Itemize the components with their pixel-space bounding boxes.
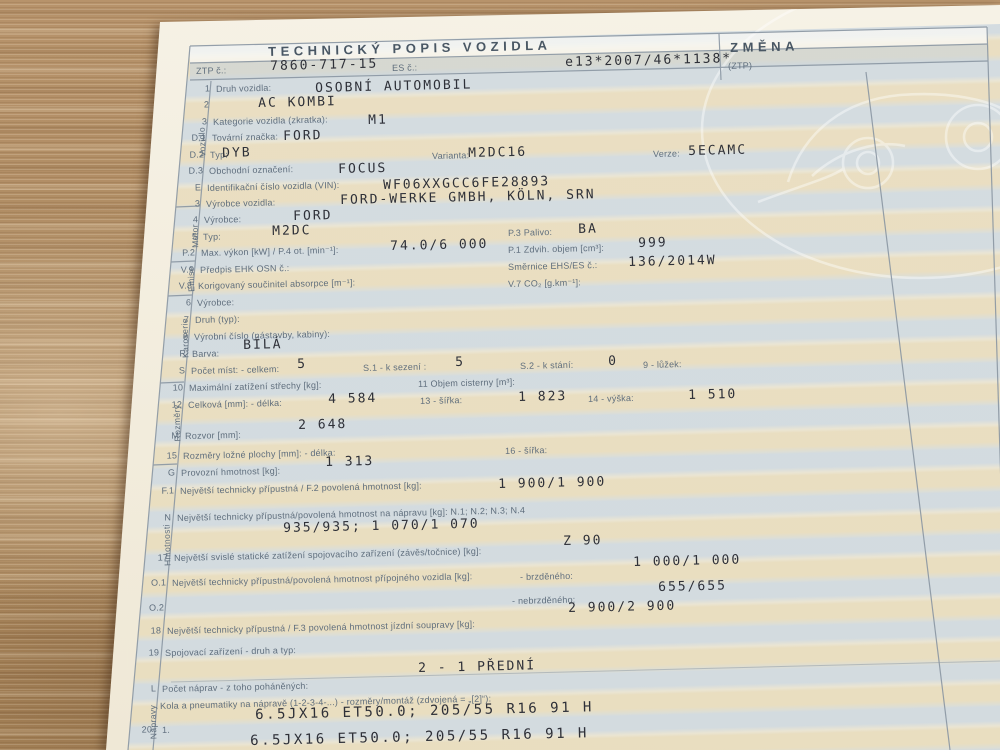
row-code: V.8 xyxy=(166,280,192,291)
typed-value-directive: 136/2014W xyxy=(628,253,717,270)
typed-value-body: AC KOMBI xyxy=(258,94,337,111)
typed-value-engine-type: M2DC xyxy=(272,223,312,239)
row-label: Verze: xyxy=(653,148,680,159)
row-label: 9 - lůžek: xyxy=(643,359,682,370)
row-label: Rozvor [mm]: xyxy=(185,430,241,441)
row-code: N xyxy=(145,512,171,523)
ztp-number-label: ZTP č.: xyxy=(196,65,226,76)
row-code: 7 xyxy=(163,314,189,325)
typed-value-variant: M2DC16 xyxy=(468,145,527,161)
row-label: P.3 Palivo: xyxy=(508,227,552,238)
typed-value-trade-name: FOCUS xyxy=(338,161,387,177)
row-code: 1 xyxy=(184,83,210,94)
row-code: 18 xyxy=(135,625,161,636)
ztp-paren-label: (ZTP) xyxy=(728,60,752,71)
row-code: P.2 xyxy=(169,247,195,258)
row-label: 16 - šířka: xyxy=(505,445,547,456)
row-code: 3 xyxy=(181,116,207,127)
typed-value-color: BÍLÁ xyxy=(243,337,283,353)
typed-value-max-weight: 1 900/1 900 xyxy=(498,475,606,492)
row-code: O.2 xyxy=(138,602,164,613)
typed-value-seats-standing: 0 xyxy=(608,354,618,369)
row-label: Výrobce vozidla: xyxy=(206,197,275,209)
row-code: 20 xyxy=(126,724,152,735)
row-code: D.2 xyxy=(178,149,204,160)
row-code: G xyxy=(149,467,175,478)
row-code: 5 xyxy=(171,231,197,242)
row-label: S.1 - k sezení : xyxy=(363,362,426,373)
typed-value-wheelbase: 2 648 xyxy=(298,417,347,433)
typed-value-trailer-unbraked: 2 900/2 900 xyxy=(568,599,676,616)
typed-value-height: 1 510 xyxy=(688,387,737,403)
typed-value-hitch-class: Z 90 xyxy=(563,533,603,549)
change-column-header: ZMĚNA xyxy=(730,38,799,55)
typed-value-coupling-load: 1 000/1 000 xyxy=(633,553,741,570)
typed-value-kerb-weight: 1 313 xyxy=(325,454,374,470)
row-label: Varianta: xyxy=(432,150,469,161)
typed-value-seats-seated: 5 xyxy=(455,355,465,370)
row-code: 4 xyxy=(172,214,198,225)
row-label: Barva: xyxy=(192,348,219,359)
typed-value-width: 1 823 xyxy=(518,389,567,405)
row-label: - nebrzděného: xyxy=(512,595,576,606)
row-code: E xyxy=(175,182,201,193)
photo-scene: TECHNICKÝ POPIS VOZIDLA ZMĚNA ZTP č.: 78… xyxy=(0,0,1000,750)
row-code: 8 xyxy=(162,331,188,342)
row-label: Výrobce: xyxy=(204,214,241,225)
row-code: M xyxy=(153,430,179,441)
row-code: 12 xyxy=(156,399,182,410)
row-code: 17 xyxy=(142,552,168,563)
row-label: Druh (typ): xyxy=(195,314,240,325)
typed-value-category: M1 xyxy=(368,113,388,128)
typed-value-engine-make: FORD xyxy=(293,208,333,224)
row-code: 15 xyxy=(151,450,177,461)
document-paper: TECHNICKÝ POPIS VOZIDLA ZMĚNA ZTP č.: 78… xyxy=(0,0,1000,750)
typed-value-axles: 2 - 1 PŘEDNÍ xyxy=(418,658,536,676)
typed-value-displacement: 999 xyxy=(638,235,668,251)
row-label: S.2 - k stání: xyxy=(520,360,574,371)
row-label: Typ: xyxy=(203,232,221,242)
row-label: Výrobce: xyxy=(197,297,234,308)
row-code: 3 xyxy=(174,198,200,209)
row-code: 10 xyxy=(157,382,183,393)
row-code: 6 xyxy=(165,297,191,308)
typed-value-version: 5ECAMC xyxy=(688,143,747,159)
row-label: Druh vozidla: xyxy=(216,83,271,94)
ztp-number-value: 7860-717-15 xyxy=(270,57,378,74)
es-number-label: ES č.: xyxy=(392,62,417,73)
row-code: R xyxy=(160,348,186,359)
row-label: Obchodní označení: xyxy=(209,164,293,176)
row-code: D.1 xyxy=(180,132,206,143)
row-code: L xyxy=(130,683,156,694)
row-label: Předpis EHK OSN č.: xyxy=(200,263,290,275)
row-label: 1. xyxy=(162,725,170,735)
row-code: F.1 xyxy=(148,485,174,496)
row-code: 2 xyxy=(183,99,209,110)
row-label: V.7 CO₂ [g.km⁻¹]: xyxy=(508,277,581,290)
table-grid xyxy=(0,0,1000,750)
typed-value-trailer-braked: 655/655 xyxy=(658,578,727,595)
row-label: - brzděného: xyxy=(520,571,573,582)
typed-value-fuel: BA xyxy=(578,222,598,237)
typed-value-length: 4 584 xyxy=(328,391,377,407)
row-label: 13 - šířka: xyxy=(420,395,462,406)
row-label: 14 - výška: xyxy=(588,393,634,404)
typed-value-power: 74.0/6 000 xyxy=(390,237,489,254)
row-label: Směrnice EHS/ES č.: xyxy=(508,260,598,272)
row-code: S xyxy=(159,365,185,376)
row-code: D.3 xyxy=(177,165,203,176)
row-code: 19 xyxy=(133,647,159,658)
typed-value-make: FORD xyxy=(283,128,323,144)
row-code: O.1 xyxy=(140,577,166,588)
row-label: Tovární značka: xyxy=(212,132,278,143)
row-label: Počet míst: - celkem: xyxy=(191,364,279,376)
typed-value-type: DYB xyxy=(222,145,252,161)
row-label: Celková [mm]: - délka: xyxy=(188,398,282,410)
typed-value-seats-total: 5 xyxy=(297,357,307,372)
row-code: V.9 xyxy=(168,264,194,275)
paper-shadow: TECHNICKÝ POPIS VOZIDLA ZMĚNA ZTP č.: 78… xyxy=(0,0,1000,750)
